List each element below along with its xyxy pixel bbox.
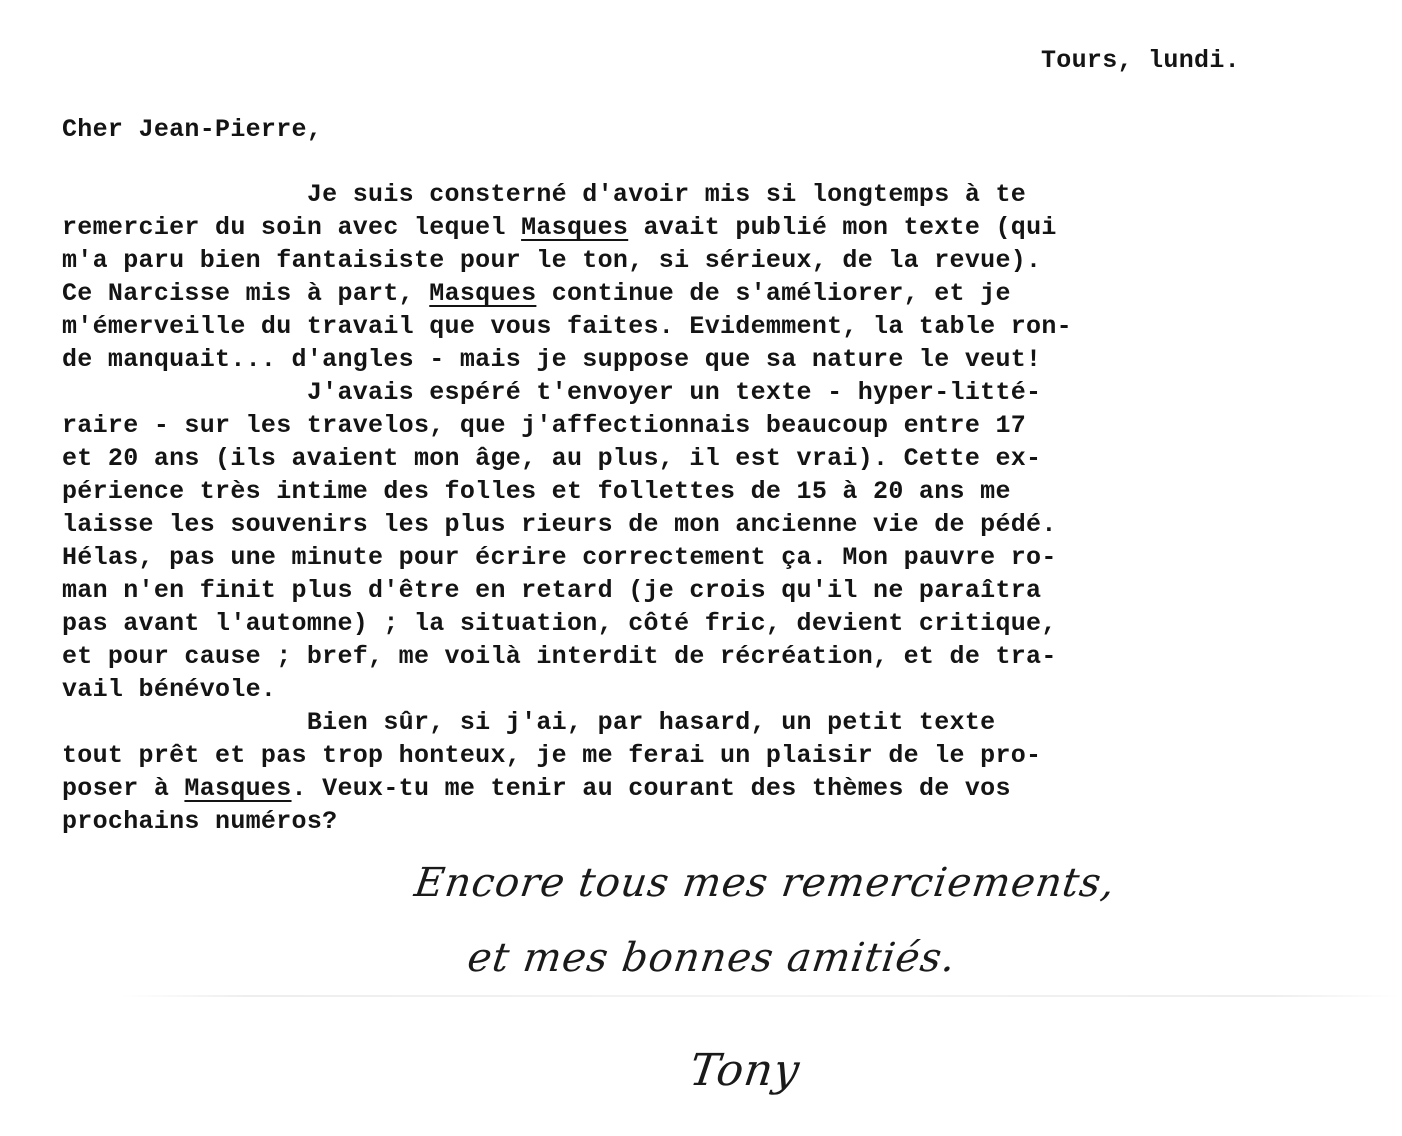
letter-line: et 20 ans (ils avaient mon âge, au plus,… <box>62 442 1072 475</box>
letter-line: m'a paru bien fantaisiste pour le ton, s… <box>62 244 1072 277</box>
letter-line: m'émerveille du travail que vous faites.… <box>62 310 1072 343</box>
paper-fold-mark <box>120 995 1400 997</box>
letter-line: périence très intime des folles et folle… <box>62 475 1072 508</box>
letter-line: de manquait... d'angles - mais je suppos… <box>62 343 1072 376</box>
letter-body: Je suis consterné d'avoir mis si longtem… <box>62 178 1072 838</box>
underlined-title: Masques <box>429 279 536 308</box>
letter-line: tout prêt et pas trop honteux, je me fer… <box>62 739 1072 772</box>
letter-line: laisse les souvenirs les plus rieurs de … <box>62 508 1072 541</box>
letter-line: prochains numéros? <box>62 805 1072 838</box>
letter-line: raire - sur les travelos, que j'affectio… <box>62 409 1072 442</box>
salutation: Cher Jean-Pierre, <box>62 113 322 146</box>
letter-line: et pour cause ; bref, me voilà interdit … <box>62 640 1072 673</box>
letter-line: man n'en finit plus d'être en retard (je… <box>62 574 1072 607</box>
underlined-title: Masques <box>521 213 628 242</box>
place-date: Tours, lundi. <box>1041 44 1240 77</box>
letter-line: J'avais espéré t'envoyer un texte - hype… <box>62 376 1072 409</box>
underlined-title: Masques <box>184 774 291 803</box>
letter-line: Je suis consterné d'avoir mis si longtem… <box>62 178 1072 211</box>
letter-line: Ce Narcisse mis à part, Masques continue… <box>62 277 1072 310</box>
letter-line: poser à Masques. Veux-tu me tenir au cou… <box>62 772 1072 805</box>
letter-line: vail bénévole. <box>62 673 1072 706</box>
letter-line: Bien sûr, si j'ai, par hasard, un petit … <box>62 706 1072 739</box>
handwritten-closing-line-1: Encore tous mes remerciements, <box>412 860 1118 906</box>
letter-line: Hélas, pas une minute pour écrire correc… <box>62 541 1072 574</box>
letter-line: remercier du soin avec lequel Masques av… <box>62 211 1072 244</box>
handwritten-closing-line-2: et mes bonnes amitiés. <box>465 935 959 981</box>
signature: Tony <box>686 1045 803 1096</box>
letter-line: pas avant l'automne) ; la situation, côt… <box>62 607 1072 640</box>
